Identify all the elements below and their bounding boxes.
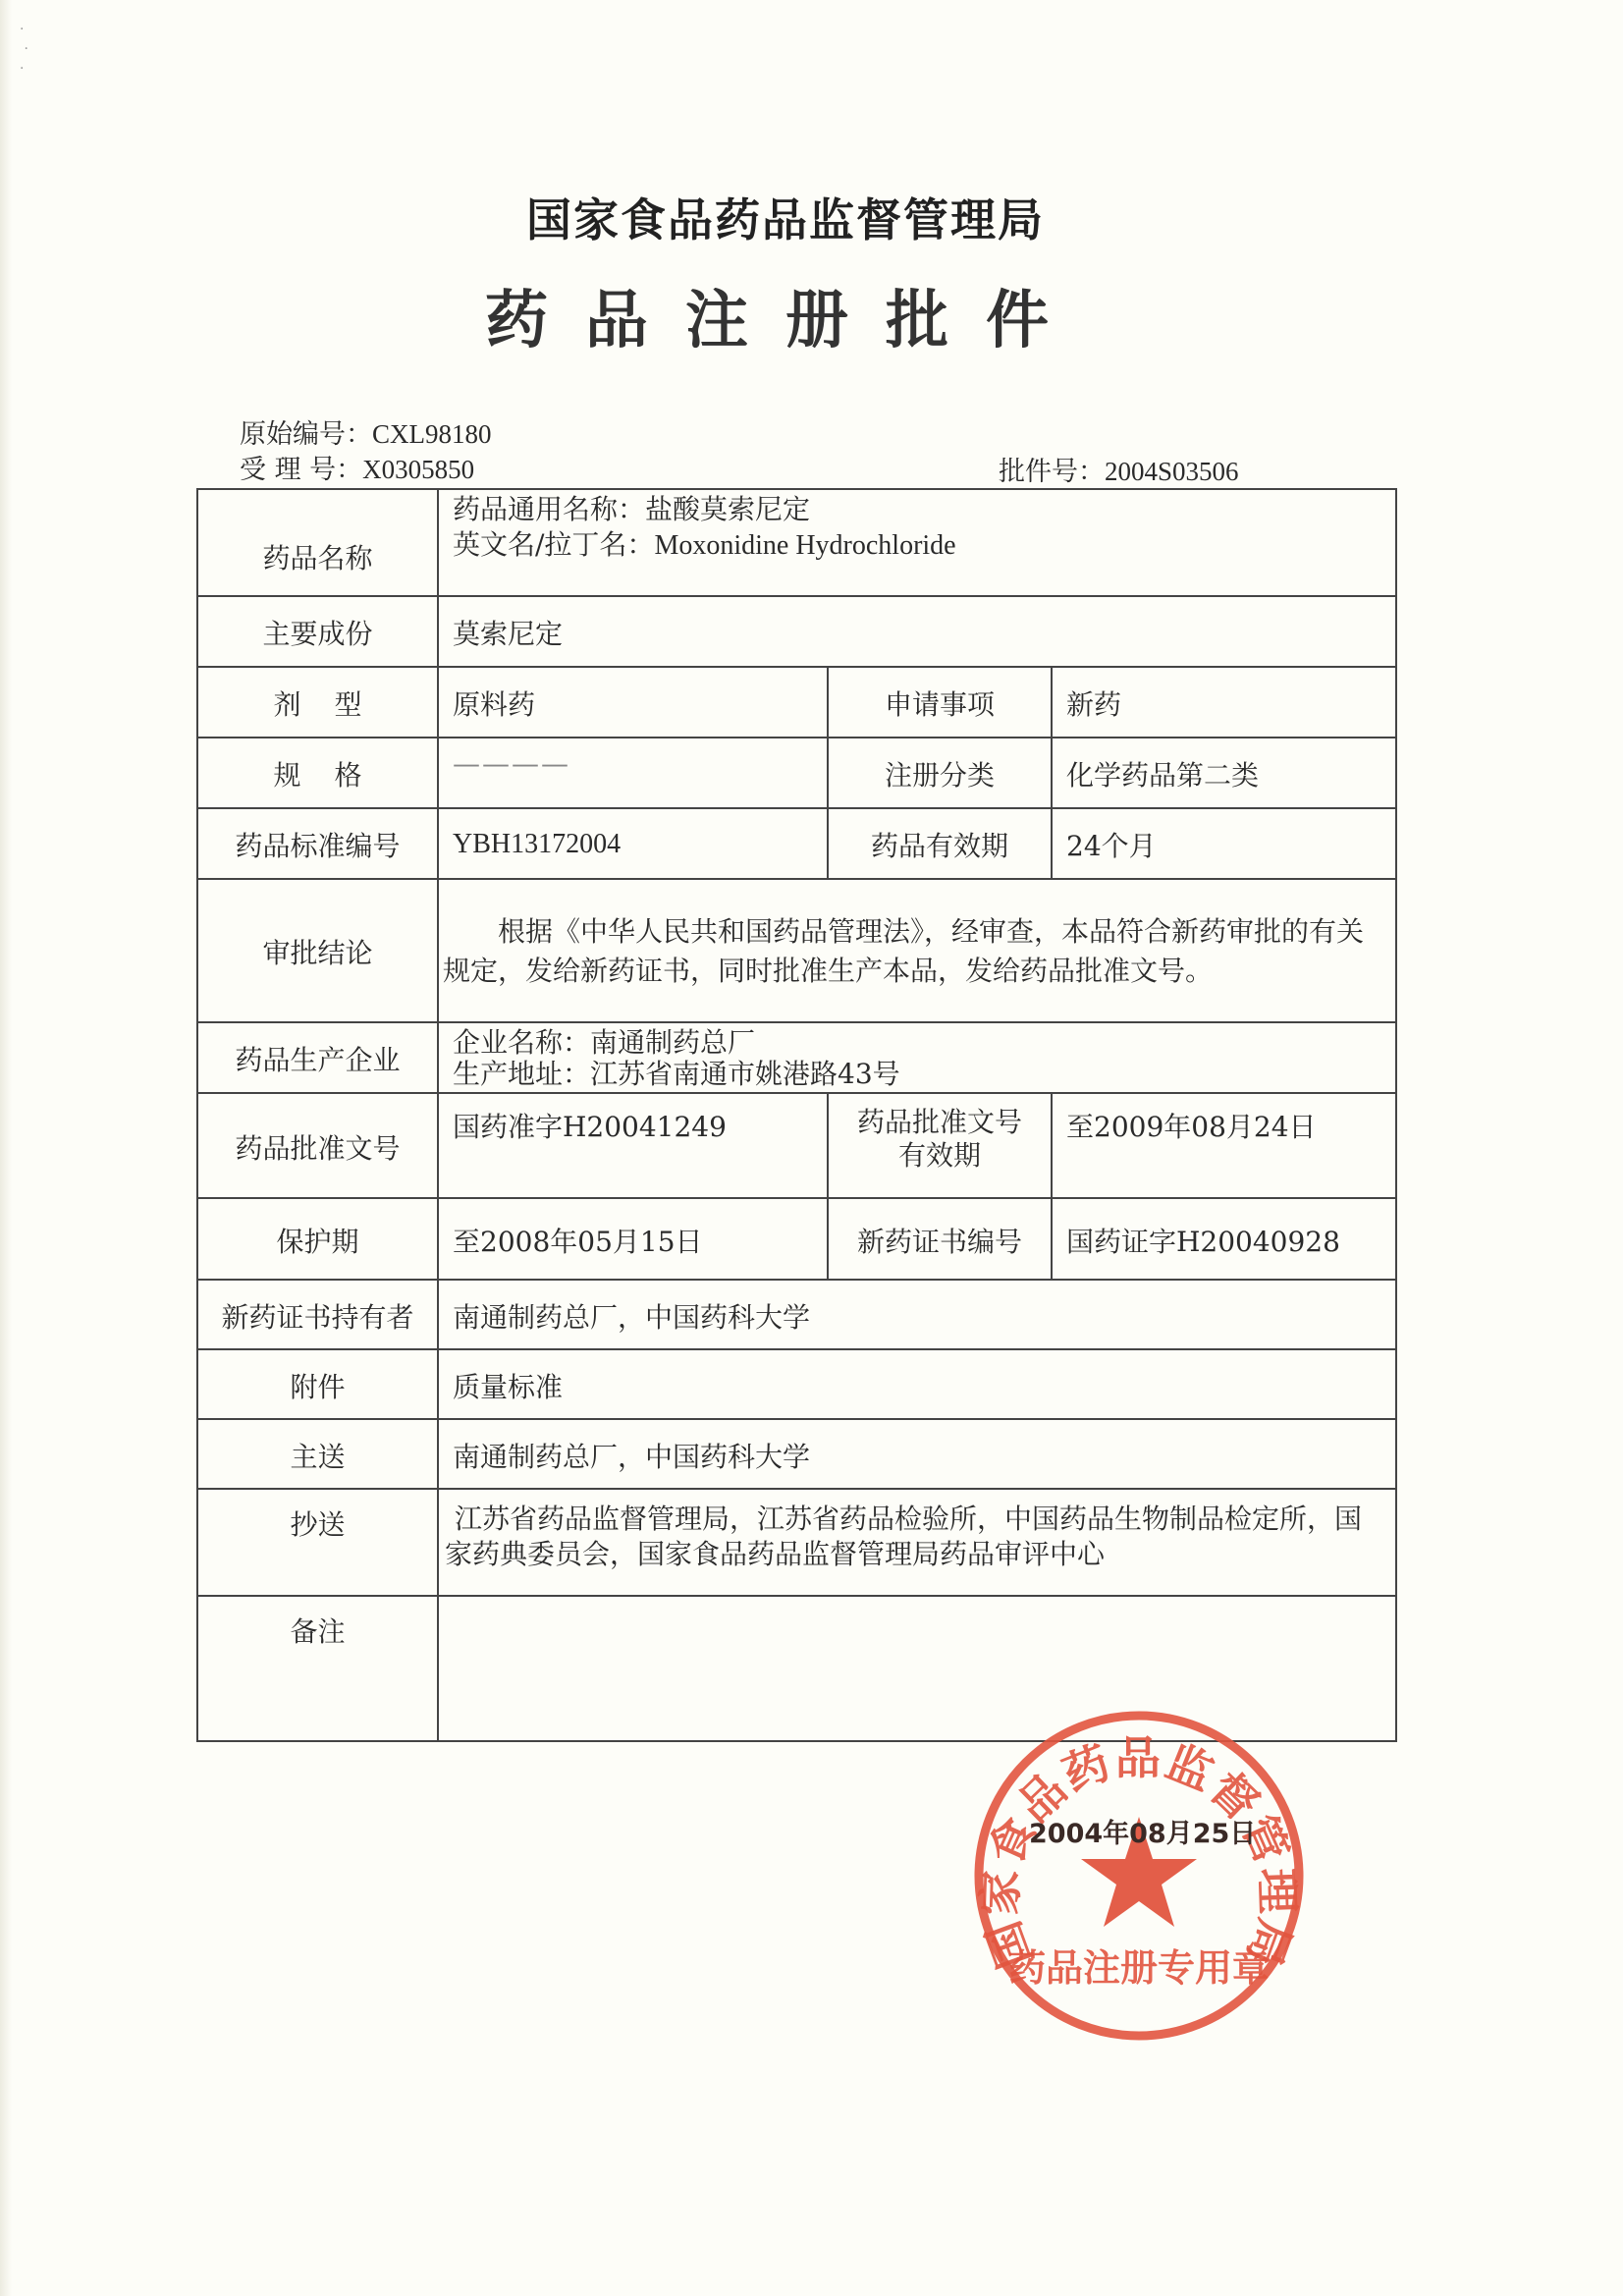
application-item-label: 申请事项 [827, 668, 1051, 738]
generic-name: 药品通用名称：盐酸莫索尼定 [453, 492, 810, 527]
manufacturer-address-label: 生产地址： [453, 1058, 590, 1090]
drug-name-label: 药品名称 [196, 490, 437, 597]
conclusion-label: 审批结论 [196, 880, 437, 1023]
specification-dash: ———— [453, 747, 570, 780]
manufacturer-label: 药品生产企业 [196, 1023, 437, 1094]
approval-document-number-value: 2004S03506 [1105, 457, 1239, 486]
new-drug-cert-number-label: 新药证书编号 [827, 1199, 1051, 1281]
row-cert-holder: 新药证书持有者 南通制药总厂，中国药科大学 [196, 1279, 1397, 1350]
cc-label: 抄送 [196, 1490, 437, 1597]
approval-number-label: 药品批准文号 [196, 1094, 437, 1199]
row-cc: 抄送 江苏省药品监督管理局，江苏省药品检验所，中国药品生物制品检定所，国家药典委… [196, 1488, 1397, 1597]
main-ingredient-value: 莫索尼定 [437, 597, 1397, 668]
manufacturer-name: 企业名称：南通制药总厂 [453, 1027, 755, 1059]
dosage-form-value: 原料药 [437, 668, 827, 738]
dosage-form-label: 剂型 [196, 668, 437, 738]
generic-name-label: 药品通用名称： [453, 493, 645, 525]
standard-number-value: YBH13172004 [437, 809, 827, 880]
manufacturer-name-label: 企业名称： [453, 1026, 590, 1059]
registration-class-label: 注册分类 [827, 738, 1051, 809]
cert-holder-label: 新药证书持有者 [196, 1281, 437, 1350]
row-protection-period: 保护期 至2008年05月15日 新药证书编号 国药证字H20040928 [196, 1197, 1397, 1281]
shelf-life-value: 24个月 [1051, 809, 1397, 880]
original-number: 原始编号：CXL98180 [240, 412, 492, 451]
approval-validity-label-line1: 药品批准文号 [857, 1106, 1022, 1139]
manufacturer-name-value: 南通制药总厂 [590, 1026, 755, 1059]
manufacturer-address: 生产地址：江苏省南通市姚港路43号 [453, 1059, 900, 1090]
approval-number-value: 国药准字H20041249 [437, 1094, 827, 1199]
approval-document-number-label: 批件号： [999, 450, 1105, 488]
acceptance-number-label: 受 理 号： [240, 448, 362, 486]
protection-period-value: 至2008年05月15日 [437, 1199, 827, 1281]
approval-validity-value: 至2009年08月24日 [1051, 1094, 1397, 1199]
main-ingredient-label: 主要成份 [196, 597, 437, 668]
remarks-label: 备注 [196, 1597, 437, 1740]
agency-title: 国家食品药品监督管理局 [0, 185, 1571, 249]
application-item-value: 新药 [1051, 668, 1397, 738]
row-conclusion: 审批结论 根据《中华人民共和国药品管理法》，经审查，本品符合新药审批的有关规定，… [196, 878, 1397, 1023]
seal-inner-text: 药品注册专用章 [1008, 1946, 1270, 1990]
drug-name-value: 药品通用名称：盐酸莫索尼定 英文名/拉丁名：Moxonidine Hydroch… [437, 490, 1397, 597]
attachment-label: 附件 [196, 1350, 437, 1420]
approval-validity-label-line2: 有效期 [898, 1139, 981, 1173]
manufacturer-address-value: 江苏省南通市姚港路43号 [590, 1058, 900, 1090]
registration-class-value: 化学药品第二类 [1051, 738, 1397, 809]
protection-period-label: 保护期 [196, 1199, 437, 1281]
row-specification: 规格 ———— 注册分类 化学药品第二类 [196, 737, 1397, 809]
original-number-label: 原始编号： [240, 412, 372, 451]
official-seal: 国家食品药品监督管理局 药品注册专用章 [967, 1704, 1311, 2048]
attachment-value: 质量标准 [437, 1350, 1397, 1420]
row-approval-number: 药品批准文号 国药准字H20041249 药品批准文号 有效期 至2009年08… [196, 1092, 1397, 1199]
standard-number-label: 药品标准编号 [196, 809, 437, 880]
cc-value: 江苏省药品监督管理局，江苏省药品检验所，中国药品生物制品检定所，国家药典委员会，… [437, 1490, 1397, 1597]
new-drug-cert-number-value: 国药证字H20040928 [1051, 1199, 1397, 1281]
conclusion-value: 根据《中华人民共和国药品管理法》，经审查，本品符合新药审批的有关规定，发给新药证… [437, 880, 1397, 1023]
approval-document-number: 批件号：2004S03506 [999, 450, 1239, 488]
english-name: 英文名/拉丁名：Moxonidine Hydrochloride [453, 527, 956, 564]
main-recipient-label: 主送 [196, 1420, 437, 1490]
acceptance-number-value: X0305850 [362, 455, 474, 484]
document-title: 药品注册批件 [0, 270, 1571, 360]
manufacturer-value: 企业名称：南通制药总厂 生产地址：江苏省南通市姚港路43号 [437, 1023, 1397, 1094]
specification-value: ———— [437, 738, 827, 809]
registration-table: 药品名称 药品通用名称：盐酸莫索尼定 英文名/拉丁名：Moxonidine Hy… [196, 488, 1397, 1740]
row-main-recipient: 主送 南通制药总厂，中国药科大学 [196, 1418, 1397, 1490]
cert-holder-value: 南通制药总厂，中国药科大学 [437, 1281, 1397, 1350]
shelf-life-label: 药品有效期 [827, 809, 1051, 880]
english-name-label: 英文名/拉丁名： [453, 528, 654, 561]
english-name-value: Moxonidine Hydrochloride [654, 530, 955, 561]
main-recipient-value: 南通制药总厂，中国药科大学 [437, 1420, 1397, 1490]
approval-validity-label: 药品批准文号 有效期 [827, 1094, 1051, 1199]
scan-specks: · ·· [20, 20, 28, 79]
row-dosage-form: 剂型 原料药 申请事项 新药 [196, 666, 1397, 738]
row-manufacturer: 药品生产企业 企业名称：南通制药总厂 生产地址：江苏省南通市姚港路43号 [196, 1021, 1397, 1094]
row-attachment: 附件 质量标准 [196, 1348, 1397, 1420]
seal-date: 2004年08月25日 [1029, 1812, 1256, 1850]
specification-label: 规格 [196, 738, 437, 809]
row-drug-name: 药品名称 药品通用名称：盐酸莫索尼定 英文名/拉丁名：Moxonidine Hy… [196, 488, 1397, 597]
row-main-ingredient: 主要成份 莫索尼定 [196, 595, 1397, 668]
row-standard-number: 药品标准编号 YBH13172004 药品有效期 24个月 [196, 807, 1397, 880]
generic-name-value: 盐酸莫索尼定 [645, 493, 810, 525]
acceptance-number: 受 理 号：X0305850 [240, 448, 474, 486]
original-number-value: CXL98180 [372, 419, 492, 449]
